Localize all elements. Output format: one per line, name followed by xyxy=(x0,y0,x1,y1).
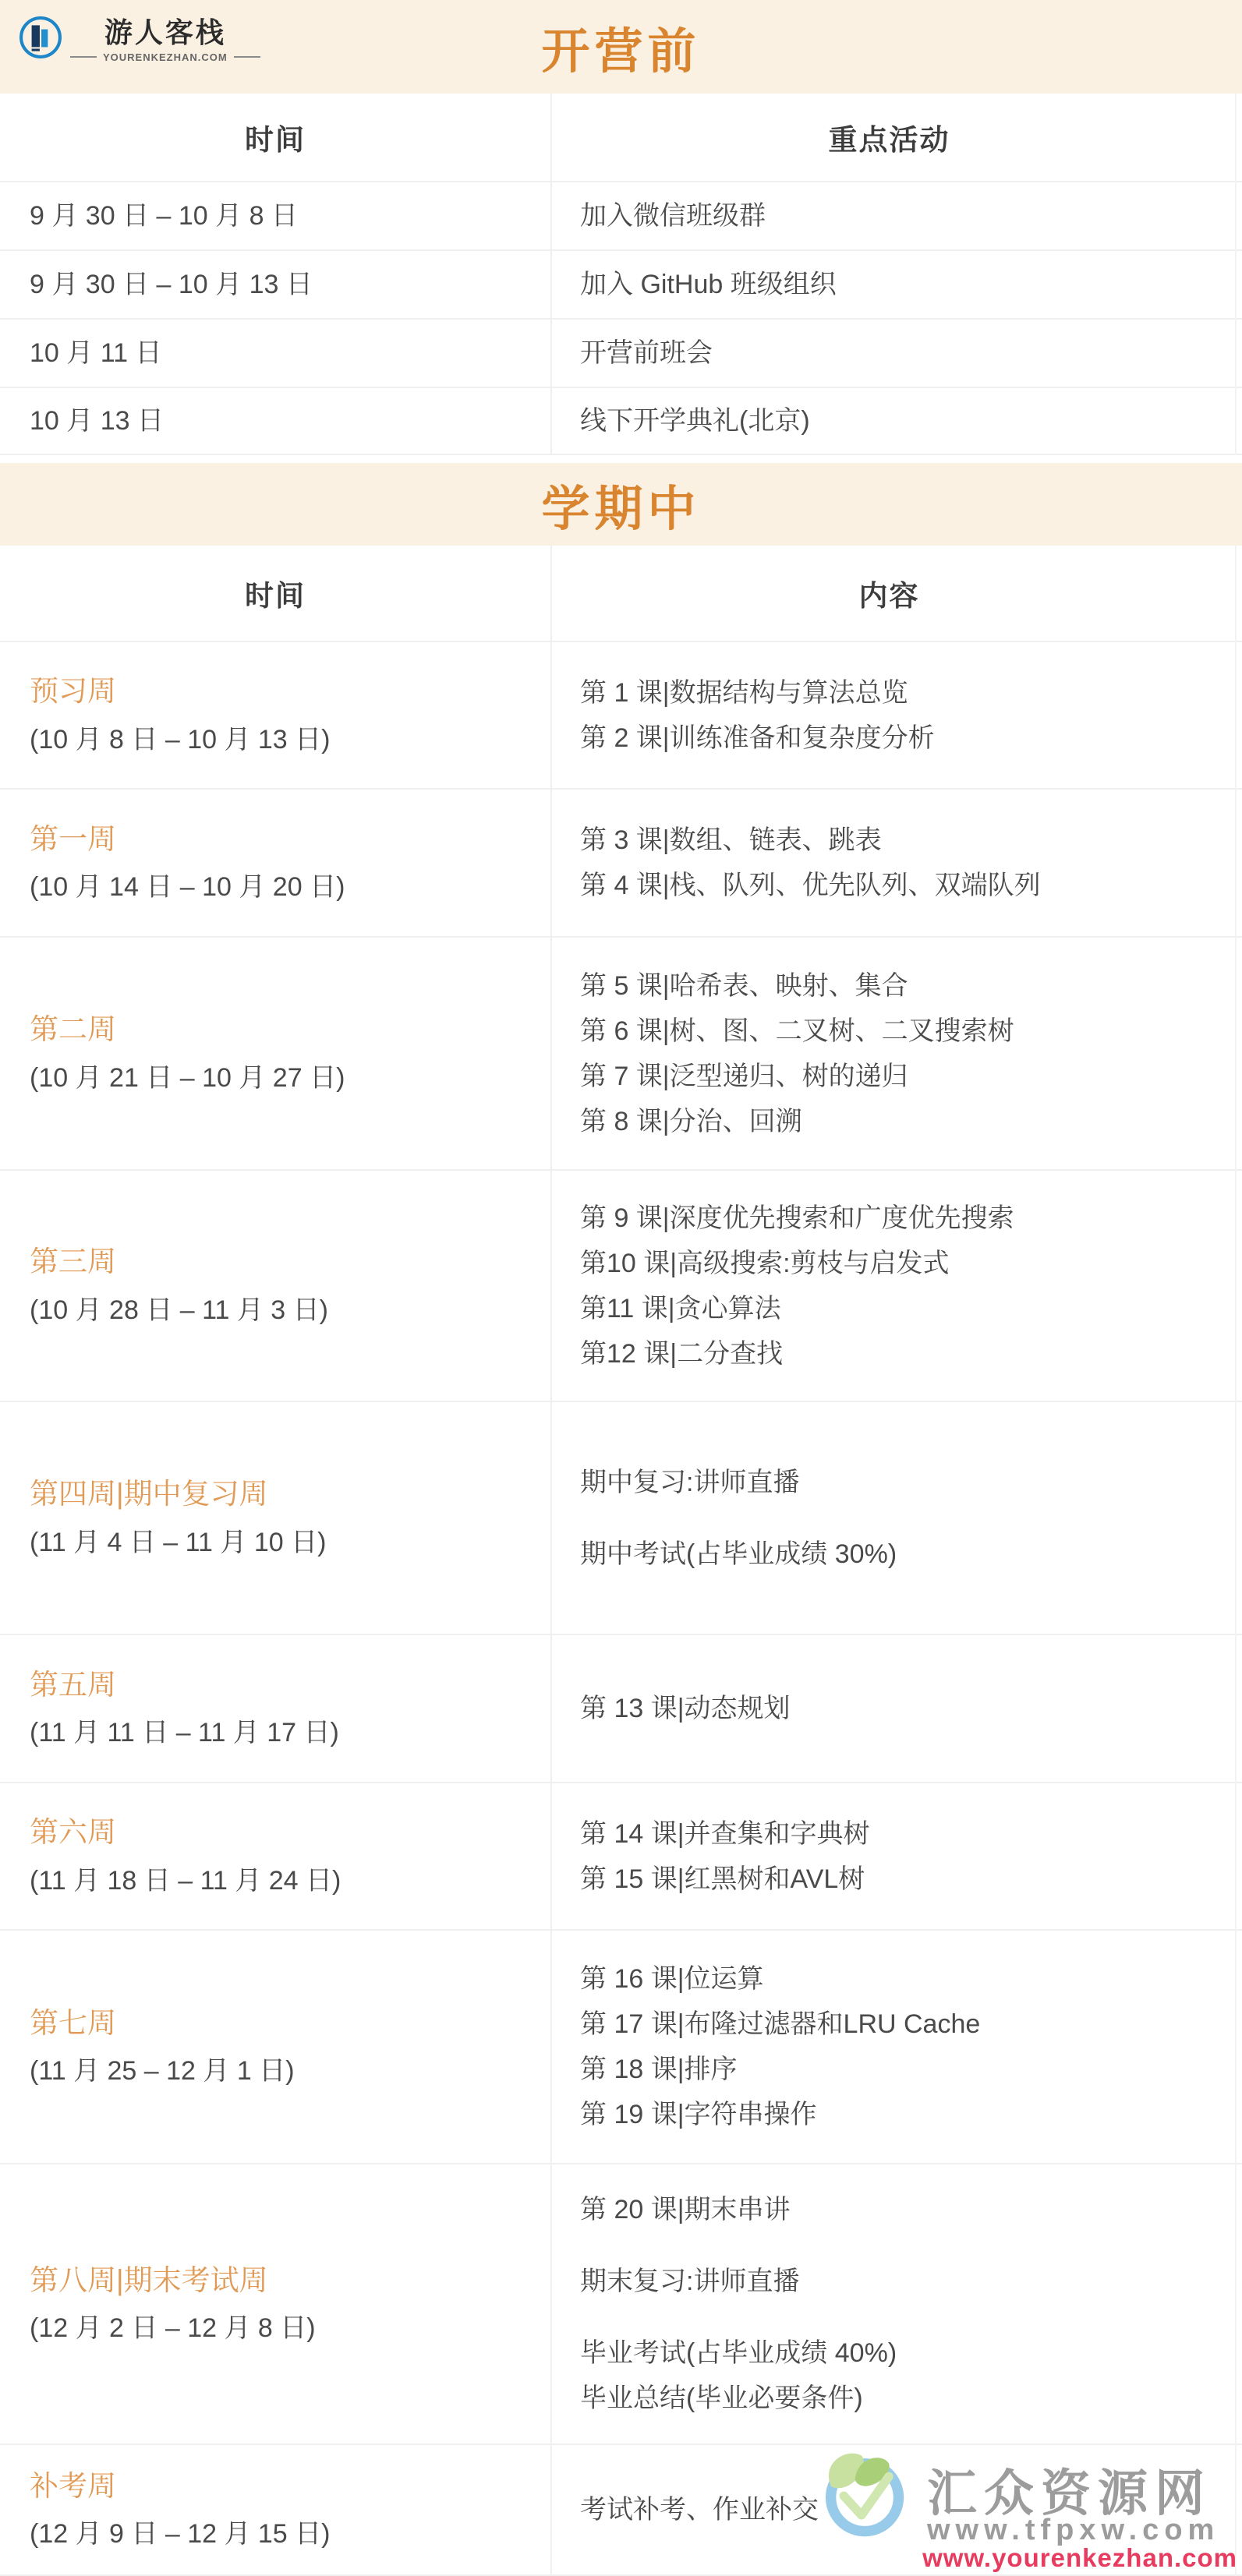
week-label: 第二周 xyxy=(30,1012,550,1048)
week-label: 第六周 xyxy=(30,1815,550,1850)
time-cell: 第一周(10 月 14 日 – 10 月 20 日) xyxy=(0,790,550,936)
content-line: 期末复习:讲师直播 xyxy=(580,2259,1226,2304)
content-cell: 加入微信班级群 xyxy=(550,182,1242,249)
time-cell: 9 月 30 日 – 10 月 13 日 xyxy=(0,251,550,318)
content-cell: 第 14 课|并查集和字典树第 15 课|红黑树和AVL树 xyxy=(550,1783,1242,1929)
table-row: 10 月 11 日开营前班会 xyxy=(0,318,1242,387)
content-cell: 第 9 课|深度优先搜索和广度优先搜索第10 课|高级搜索:剪枝与启发式第11 … xyxy=(550,1171,1242,1401)
week-date-range: (12 月 9 日 – 12 月 15 日) xyxy=(30,2517,550,2551)
content-paragraph: 第 1 课|数据结构与算法总览第 2 课|训练准备和复杂度分析 xyxy=(580,670,1226,761)
table-row: 第三周(10 月 28 日 – 11 月 3 日)第 9 课|深度优先搜索和广度… xyxy=(0,1169,1242,1401)
content-cell: 开营前班会 xyxy=(550,320,1242,387)
content-paragraph: 第 20 课|期末串讲 xyxy=(580,2187,1226,2232)
content-paragraph: 开营前班会 xyxy=(580,330,1226,376)
content-paragraph: 毕业考试(占毕业成绩 40%)毕业总结(毕业必要条件) xyxy=(580,2330,1226,2421)
brand-logo-icon xyxy=(19,16,62,59)
content-paragraph: 加入 GitHub 班级组织 xyxy=(580,262,1226,307)
time-cell: 9 月 30 日 – 10 月 8 日 xyxy=(0,182,550,249)
brand-site-text: YOURENKEZHAN.COM xyxy=(103,51,228,63)
content-cell: 加入 GitHub 班级组织 xyxy=(550,251,1242,318)
content-paragraph: 第 16 课|位运算第 17 课|布隆过滤器和LRU Cache第 18 课|排… xyxy=(580,1956,1226,2137)
week-date-range: (12 月 2 日 – 12 月 8 日) xyxy=(30,2311,550,2345)
content-line: 考试补考、作业补交 xyxy=(580,2487,1226,2532)
content-paragraph: 第 5 课|哈希表、映射、集合第 6 课|树、图、二叉树、二叉搜索树第 7 课|… xyxy=(580,963,1226,1144)
section-title-semester: 学期中 xyxy=(541,470,700,539)
time-cell: 第七周(11 月 25 – 12 月 1 日) xyxy=(0,1931,550,2163)
content-paragraph: 第 3 课|数组、链表、跳表第 4 课|栈、队列、优先队列、双端队列 xyxy=(580,818,1226,908)
time-label: 9 月 30 日 – 10 月 8 日 xyxy=(30,199,550,233)
week-date-range: (11 月 25 – 12 月 1 日) xyxy=(30,2054,550,2088)
table-row: 10 月 13 日线下开学典礼(北京) xyxy=(0,387,1242,455)
content-paragraph: 期末复习:讲师直播 xyxy=(580,2259,1226,2304)
content-line: 期中复习:讲师直播 xyxy=(580,1460,1226,1505)
content-line: 第10 课|高级搜索:剪枝与启发式 xyxy=(580,1241,1226,1286)
week-date-range: (11 月 11 日 – 11 月 17 日) xyxy=(30,1716,550,1750)
content-line: 加入 GitHub 班级组织 xyxy=(580,262,1226,307)
time-cell: 10 月 11 日 xyxy=(0,320,550,387)
content-line: 第 18 课|排序 xyxy=(580,2047,1226,2092)
section-header-pre-camp: 游人客栈 YOURENKEZHAN.COM 开营前 xyxy=(0,0,1242,94)
content-header-cell: 内容 xyxy=(550,546,1242,641)
content-cell: 第 5 课|哈希表、映射、集合第 6 课|树、图、二叉树、二叉搜索树第 7 课|… xyxy=(550,938,1242,1169)
content-line: 第 2 课|训练准备和复杂度分析 xyxy=(580,716,1226,761)
content-line: 第 9 课|深度优先搜索和广度优先搜索 xyxy=(580,1196,1226,1241)
table-row: 9 月 30 日 – 10 月 13 日加入 GitHub 班级组织 xyxy=(0,249,1242,318)
table-row: 9 月 30 日 – 10 月 8 日加入微信班级群 xyxy=(0,181,1242,249)
content-line: 第 4 课|栈、队列、优先队列、双端队列 xyxy=(580,863,1226,908)
content-line: 第 15 课|红黑树和AVL树 xyxy=(580,1857,1226,1902)
rule-right xyxy=(234,56,260,58)
rule-left xyxy=(70,56,97,58)
content-cell: 考试补考、作业补交 xyxy=(550,2445,1242,2574)
content-line: 加入微信班级群 xyxy=(580,193,1226,239)
time-cell: 第二周(10 月 21 日 – 10 月 27 日) xyxy=(0,938,550,1169)
section-header-semester: 学期中 xyxy=(0,463,1242,546)
week-date-range: (10 月 14 日 – 10 月 20 日) xyxy=(30,870,550,904)
content-line: 第 1 课|数据结构与算法总览 xyxy=(580,670,1226,716)
content-cell: 第 20 课|期末串讲期末复习:讲师直播毕业考试(占毕业成绩 40%)毕业总结(… xyxy=(550,2164,1242,2443)
content-cell: 第 13 课|动态规划 xyxy=(550,1635,1242,1782)
content-line: 第 16 课|位运算 xyxy=(580,1956,1226,2002)
time-cell: 第四周|期中复习周(11 月 4 日 – 11 月 10 日) xyxy=(0,1402,550,1634)
content-cell: 第 16 课|位运算第 17 课|布隆过滤器和LRU Cache第 18 课|排… xyxy=(550,1931,1242,2163)
content-cell: 线下开学典礼(北京) xyxy=(550,388,1242,454)
week-label: 第四周|期中复习周 xyxy=(30,1476,550,1512)
content-cell: 期中复习:讲师直播期中考试(占毕业成绩 30%) xyxy=(550,1402,1242,1634)
content-line: 第 13 课|动态规划 xyxy=(580,1686,1226,1731)
brand-site: YOURENKEZHAN.COM xyxy=(70,51,260,63)
content-line: 第 20 课|期末串讲 xyxy=(580,2187,1226,2232)
table-row: 第四周|期中复习周(11 月 4 日 – 11 月 10 日)期中复习:讲师直播… xyxy=(0,1401,1242,1634)
table-row: 预习周(10 月 8 日 – 10 月 13 日)第 1 课|数据结构与算法总览… xyxy=(0,641,1242,788)
week-date-range: (11 月 4 日 – 11 月 10 日) xyxy=(30,1525,550,1560)
content-line: 线下开学典礼(北京) xyxy=(580,398,1226,443)
time-cell: 第三周(10 月 28 日 – 11 月 3 日) xyxy=(0,1171,550,1401)
week-label: 补考周 xyxy=(30,2468,550,2504)
content-header-label: 内容 xyxy=(859,572,920,614)
content-cell: 第 3 课|数组、链表、跳表第 4 课|栈、队列、优先队列、双端队列 xyxy=(550,790,1242,936)
content-header-cell: 重点活动 xyxy=(550,94,1242,181)
content-paragraph: 考试补考、作业补交 xyxy=(580,2487,1226,2532)
table-row: 第五周(11 月 11 日 – 11 月 17 日)第 13 课|动态规划 xyxy=(0,1634,1242,1782)
content-line: 期中考试(占毕业成绩 30%) xyxy=(580,1532,1226,1577)
time-label: 9 月 30 日 – 10 月 13 日 xyxy=(30,267,550,302)
content-paragraph: 第 9 课|深度优先搜索和广度优先搜索第10 课|高级搜索:剪枝与启发式第11 … xyxy=(580,1196,1226,1376)
week-date-range: (10 月 21 日 – 10 月 27 日) xyxy=(30,1061,550,1095)
content-line: 第 17 课|布隆过滤器和LRU Cache xyxy=(580,2002,1226,2047)
content-line: 第 5 课|哈希表、映射、集合 xyxy=(580,963,1226,1009)
table-row: 第六周(11 月 18 日 – 11 月 24 日)第 14 课|并查集和字典树… xyxy=(0,1782,1242,1929)
content-paragraph: 线下开学典礼(北京) xyxy=(580,398,1226,443)
content-cell: 第 1 课|数据结构与算法总览第 2 课|训练准备和复杂度分析 xyxy=(550,642,1242,788)
week-date-range: (11 月 18 日 – 11 月 24 日) xyxy=(30,1864,550,1898)
time-cell: 补考周(12 月 9 日 – 12 月 15 日) xyxy=(0,2445,550,2574)
time-header-label: 时间 xyxy=(245,116,306,158)
time-label: 10 月 11 日 xyxy=(30,336,550,370)
time-header-label: 时间 xyxy=(245,572,306,614)
content-paragraph: 期中考试(占毕业成绩 30%) xyxy=(580,1532,1226,1577)
content-line: 第11 课|贪心算法 xyxy=(580,1286,1226,1331)
semester-table: 时间 内容 预习周(10 月 8 日 – 10 月 13 日)第 1 课|数据结… xyxy=(0,546,1242,2576)
week-date-range: (10 月 8 日 – 10 月 13 日) xyxy=(30,723,550,757)
table-row: 第一周(10 月 14 日 – 10 月 20 日)第 3 课|数组、链表、跳表… xyxy=(0,788,1242,936)
section-title-pre-camp: 开营前 xyxy=(541,12,700,82)
content-paragraph: 第 14 课|并查集和字典树第 15 课|红黑树和AVL树 xyxy=(580,1811,1226,1902)
table-row: 补考周(12 月 9 日 – 12 月 15 日)考试补考、作业补交 xyxy=(0,2443,1242,2576)
content-paragraph: 第 13 课|动态规划 xyxy=(580,1686,1226,1731)
content-line: 第 3 课|数组、链表、跳表 xyxy=(580,818,1226,863)
week-label: 第三周 xyxy=(30,1244,550,1280)
week-label: 第一周 xyxy=(30,822,550,857)
time-label: 10 月 13 日 xyxy=(30,404,550,438)
content-header-label: 重点活动 xyxy=(829,116,950,158)
week-label: 第七周 xyxy=(30,2005,550,2041)
week-label: 第五周 xyxy=(30,1667,550,1703)
time-header-cell: 时间 xyxy=(0,546,550,641)
week-date-range: (10 月 28 日 – 11 月 3 日) xyxy=(30,1293,550,1327)
week-label: 第八周|期末考试周 xyxy=(30,2263,550,2299)
brand-name: 游人客栈 xyxy=(104,17,226,48)
table-row: 第八周|期末考试周(12 月 2 日 – 12 月 8 日)第 20 课|期末串… xyxy=(0,2163,1242,2443)
table-header-row: 时间 内容 xyxy=(0,546,1242,641)
week-label: 预习周 xyxy=(30,673,550,709)
time-cell: 预习周(10 月 8 日 – 10 月 13 日) xyxy=(0,642,550,788)
content-paragraph: 加入微信班级群 xyxy=(580,193,1226,239)
content-line: 开营前班会 xyxy=(580,330,1226,376)
time-cell: 10 月 13 日 xyxy=(0,388,550,454)
table-header-row: 时间 重点活动 xyxy=(0,94,1242,181)
table-row: 第二周(10 月 21 日 – 10 月 27 日)第 5 课|哈希表、映射、集… xyxy=(0,936,1242,1169)
brand-logo-texts: 游人客栈 YOURENKEZHAN.COM xyxy=(70,16,260,63)
content-line: 第 14 课|并查集和字典树 xyxy=(580,1811,1226,1857)
content-line: 第 7 课|泛型递归、树的递归 xyxy=(580,1054,1226,1099)
content-line: 第12 课|二分查找 xyxy=(580,1331,1226,1376)
page: 游人客栈 YOURENKEZHAN.COM 开营前 时间 重点活动 9 月 30… xyxy=(0,0,1242,2576)
time-cell: 第五周(11 月 11 日 – 11 月 17 日) xyxy=(0,1635,550,1782)
content-line: 第 6 课|树、图、二叉树、二叉搜索树 xyxy=(580,1009,1226,1054)
brand-logo: 游人客栈 YOURENKEZHAN.COM xyxy=(19,16,260,63)
table-row: 第七周(11 月 25 – 12 月 1 日)第 16 课|位运算第 17 课|… xyxy=(0,1929,1242,2163)
time-cell: 第六周(11 月 18 日 – 11 月 24 日) xyxy=(0,1783,550,1929)
content-paragraph: 期中复习:讲师直播 xyxy=(580,1460,1226,1505)
content-line: 第 8 课|分治、回溯 xyxy=(580,1099,1226,1144)
content-line: 第 19 课|字符串操作 xyxy=(580,2092,1226,2137)
pre-camp-table: 时间 重点活动 9 月 30 日 – 10 月 8 日加入微信班级群9 月 30… xyxy=(0,94,1242,455)
time-cell: 第八周|期末考试周(12 月 2 日 – 12 月 8 日) xyxy=(0,2164,550,2443)
content-line: 毕业考试(占毕业成绩 40%) xyxy=(580,2330,1226,2376)
time-header-cell: 时间 xyxy=(0,94,550,181)
content-line: 毕业总结(毕业必要条件) xyxy=(580,2376,1226,2421)
